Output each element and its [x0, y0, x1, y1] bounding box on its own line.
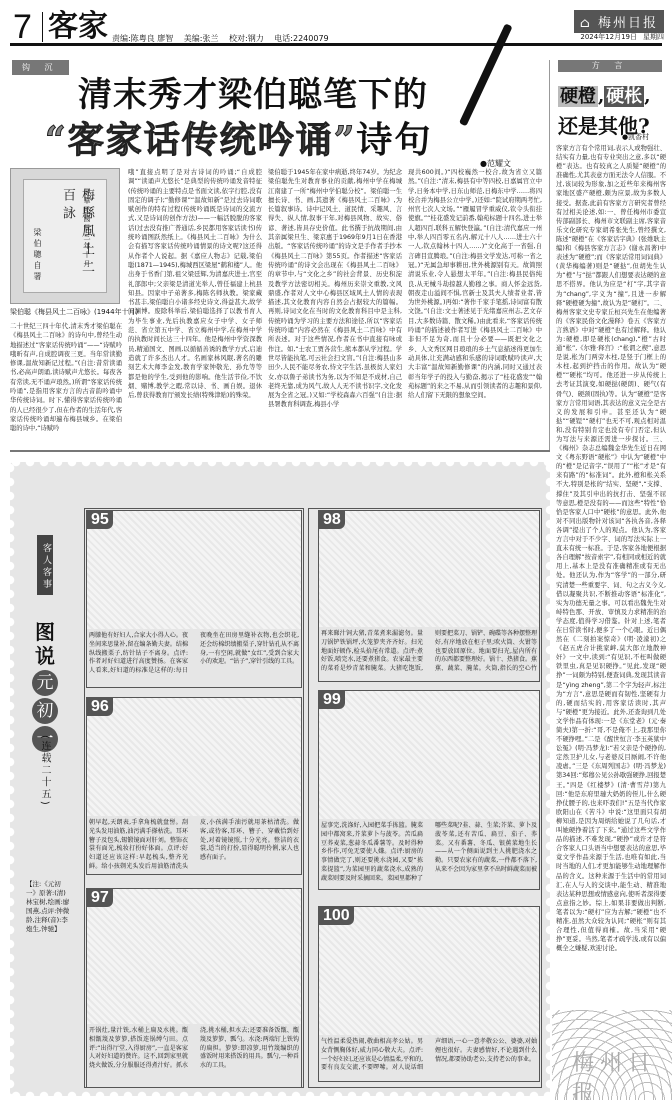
- serial-number: (连载二十五): [38, 735, 52, 807]
- side-article-author: ●凯香村: [622, 132, 649, 142]
- comic-panel-97: 97 开锅灶,量汁铁,水桶上扁及水挑。甑相甑篾及箩箩,搭饭连锅缚勺田。点评:“出…: [86, 888, 302, 1088]
- side-article-body: 客家方言有个常用词,表示人或物强壮、结实有力量,也有专业突出之意,多以“硬橙”表…: [556, 144, 666, 1004]
- header-rule: [10, 43, 662, 46]
- book-signature: 梁伯聰自署: [32, 228, 43, 283]
- credit-phone: 电话:2240079: [274, 34, 328, 43]
- newspaper-logo: ⌂ 梅州日报: [574, 10, 664, 33]
- panel-illustration: [87, 511, 301, 629]
- panel-illustration: [319, 691, 539, 819]
- weekday-text: 星期四: [643, 33, 664, 41]
- side-article-title-line1: 硬橙,硬枨,: [558, 82, 651, 108]
- stamp-edge-bottom: [10, 1088, 550, 1096]
- stamp-edge-left: [10, 462, 18, 1096]
- credit-proofreader: 校对:钢力: [229, 34, 264, 43]
- comic-section-tag: 客人客事: [37, 535, 53, 595]
- article-column-2: 哦”直接点明了是对古诗词的吟诵;“自成腔调”“读诵声尤悠长”是典型的传统吟诵发音…: [128, 168, 262, 446]
- panel-number: 96: [87, 698, 113, 716]
- panel-caption: 朝早起,天朗表,手拿角梳就盘髻。刮光头发用油筋,油污满手搽枯洗。耳环簪子及包头,…: [87, 816, 301, 875]
- photo-caption: 梁伯聪《梅县风土二百咏》(1944年十月): [10, 307, 138, 317]
- panel-number: 95: [87, 511, 113, 529]
- panel-number: 100: [319, 907, 354, 925]
- book-cover-frame: 梅縣風土二百詠 中華民國卅三年十月 梁伯聰自署: [23, 179, 107, 293]
- article-title-line2: “客家话传统吟诵”诗句: [45, 112, 432, 163]
- panel-illustration: [87, 698, 301, 816]
- panel-number: 97: [87, 889, 113, 907]
- panel-illustration: [87, 889, 301, 1024]
- article-column-4: 现共600间。)“四校巍然一校合,故为省立又篇然。”(自注:“清末,梅县有中等四…: [408, 168, 542, 446]
- issue-date: 2024年12月19日星期四: [574, 32, 664, 42]
- series-title-char: 说: [30, 644, 60, 668]
- date-text: 2024年12月19日: [580, 33, 637, 41]
- panel-caption: 开锅灶,量汁铁,水桶上扁及水挑。甑相甑篾及箩箩,搭饭连锅缚勺田。点评:“出得厅堂…: [87, 1024, 301, 1088]
- watermark-text: 梅州日报: [572, 1046, 672, 1100]
- article-title-line1: 清末秀才梁伯聪笔下的: [78, 67, 428, 116]
- series-circled-char: 元: [32, 670, 58, 696]
- panel-illustration: [319, 907, 539, 1035]
- article-tag: 钩 沉: [12, 60, 69, 75]
- panel-caption: 两膝他有好妇人,合家大小得人心。夜坐间来思量补,留在编条勤夫妻。结棉纵线搬栗子,…: [87, 629, 301, 688]
- logo-text: 梅州日报: [598, 16, 658, 31]
- comic-panel-100: 100 气性温柔爱热闹,敬曲相高孝公姑。男女背恻胸体好,威力同心敬大夫。点评:一…: [318, 906, 540, 1082]
- credit-designer: 美编:张兰: [184, 34, 219, 43]
- panel-caption: 屋事完,洗涤好,入园把菜手拣篮。腌菜园中都窝来,芥菜萝卜与菠苓。苦瓜扁豆荞麦菜,…: [319, 819, 539, 890]
- comic-panel-99: 99 屋事完,洗涤好,入园把菜手拣篮。腌菜园中都窝来,芥菜萝卜与菠苓。苦瓜扁豆荞…: [318, 690, 540, 890]
- panel-number: 98: [319, 511, 345, 529]
- credits-note: 【注:《元初一》原著:(清)林宝树,绘画:廖国燕,点评:钟微龄,注释(音):李炮…: [26, 880, 70, 934]
- book-date-text: 中華民國卅三年十月: [82, 188, 92, 269]
- stamp-edge-top: [10, 462, 550, 470]
- comic-panel-96: 96 朝早起,天朗表,手拿角梳就盘髻。刮光头发用油筋,油污满手搽枯洗。耳环簪子及…: [86, 697, 302, 875]
- column-divider: [549, 60, 550, 450]
- article-column-1: 二十世纪三四十年代,清末秀才梁伯聪在《梅县风土二百咏》的诗句中,曾经生动地描述过…: [10, 322, 122, 446]
- panel-caption: 再来睇汁饲大猪,青菜煮来漏滤勿。量刀锅铲铁锅坪,火笼箩夹齐齐好。扫光地面好顿作,…: [319, 627, 539, 682]
- stamp-edge-right: [542, 462, 550, 1096]
- title-quoted: “客家话传统吟诵”: [45, 119, 356, 161]
- comic-panel-98: 98 再来睇汁饲大猪,青菜煮来漏滤勿。量刀锅铲铁锅坪,火笼箩夹齐齐好。扫光地面好…: [318, 510, 540, 682]
- section-divider: [10, 450, 550, 452]
- book-cover-photo: 梅縣風土二百詠 中華民國卅三年十月 梁伯聰自署: [10, 168, 120, 304]
- comic-panel-95: 95 两膝他有好妇人,合家大小得人心。夜坐间来思量补,留在编条勤夫妻。结棉纵线搬…: [86, 510, 302, 688]
- page-number: 7: [13, 10, 32, 44]
- series-title-char: 图: [30, 620, 60, 644]
- series-title: 图 说 元 初 一: [30, 620, 60, 754]
- title-word-1: 硬橙: [558, 86, 598, 107]
- title-word-2: 硬枨: [604, 86, 644, 107]
- credit-editor: 责编:陈粤良 廖智: [112, 34, 173, 43]
- page-header: 7 客家 责编:陈粤良 廖智 美编:张兰 校对:钢力 电话:2240079 ⌂ …: [0, 0, 672, 46]
- title-tail: 诗句: [356, 119, 432, 161]
- side-article-tag: 方 言: [558, 60, 662, 72]
- panel-number: 99: [319, 691, 345, 709]
- section-title: 客家: [48, 10, 108, 44]
- panel-caption: 气性温柔爱热闹,敬曲相高孝公姑。男女背恻胸体好,威力同心敬大夫。点评:一个好妇妇…: [319, 1035, 539, 1082]
- article-column-3: 梁伯聪于1945年在家中病逝,终年74岁。为纪念梁伯聪先生对教育事业的贡献,梅州…: [268, 168, 402, 446]
- logo-icon: ⌂: [580, 16, 592, 31]
- panel-illustration: [319, 511, 539, 627]
- header-divider: [42, 12, 43, 42]
- watermark-rings: 梅州日报: [552, 1010, 672, 1100]
- series-circled-char: 初: [32, 698, 58, 724]
